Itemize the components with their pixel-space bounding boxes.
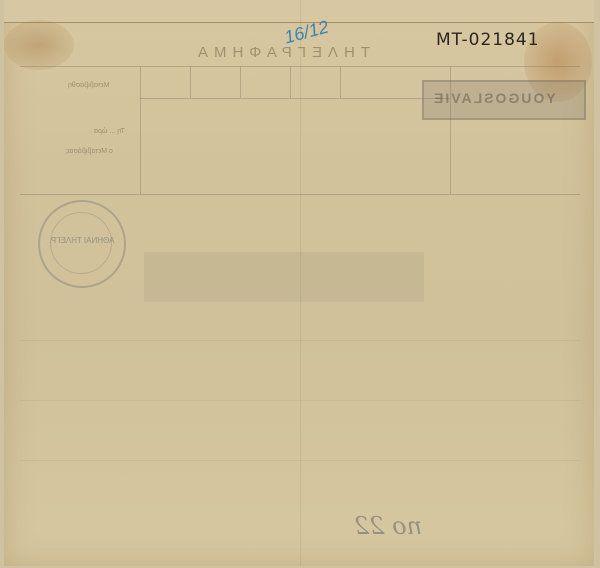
telegram-sheet: ΤΗΛΕΓΡΑΦΗΜΑ 16/12 MT-021841 Μεταβιβάσθη …: [4, 0, 594, 566]
form-line: [190, 66, 191, 98]
top-strip: [4, 0, 594, 23]
postmark-text: ΑΘΗΝΑΙ ΤΗΛΕΓΡ.: [40, 236, 124, 245]
stain: [4, 20, 74, 70]
form-line: [290, 66, 291, 98]
form-line: [20, 340, 580, 341]
form-line: [140, 66, 141, 194]
pencil-note: no 22: [354, 512, 422, 540]
form-label: ο Μεταβιβάσας: [66, 148, 113, 155]
form-label: Τη ... ώρα: [94, 128, 125, 135]
form-line: [240, 66, 241, 98]
header-stamp-text: YOUGOSLAVIE: [432, 90, 556, 106]
form-line: [20, 400, 580, 401]
form-line: [20, 460, 580, 461]
form-line: [140, 98, 450, 99]
form-label: Μεταβιβάσθη: [68, 82, 109, 89]
bleed-through-text: [144, 252, 424, 302]
form-line: [340, 66, 341, 98]
archive-number: MT-021841: [436, 30, 540, 50]
header-stamp: YOUGOSLAVIE: [422, 80, 586, 120]
round-postmark: ΑΘΗΝΑΙ ΤΗΛΕΓΡ.: [38, 200, 126, 288]
form-title: ΤΗΛΕΓΡΑΦΗΜΑ: [192, 44, 370, 61]
